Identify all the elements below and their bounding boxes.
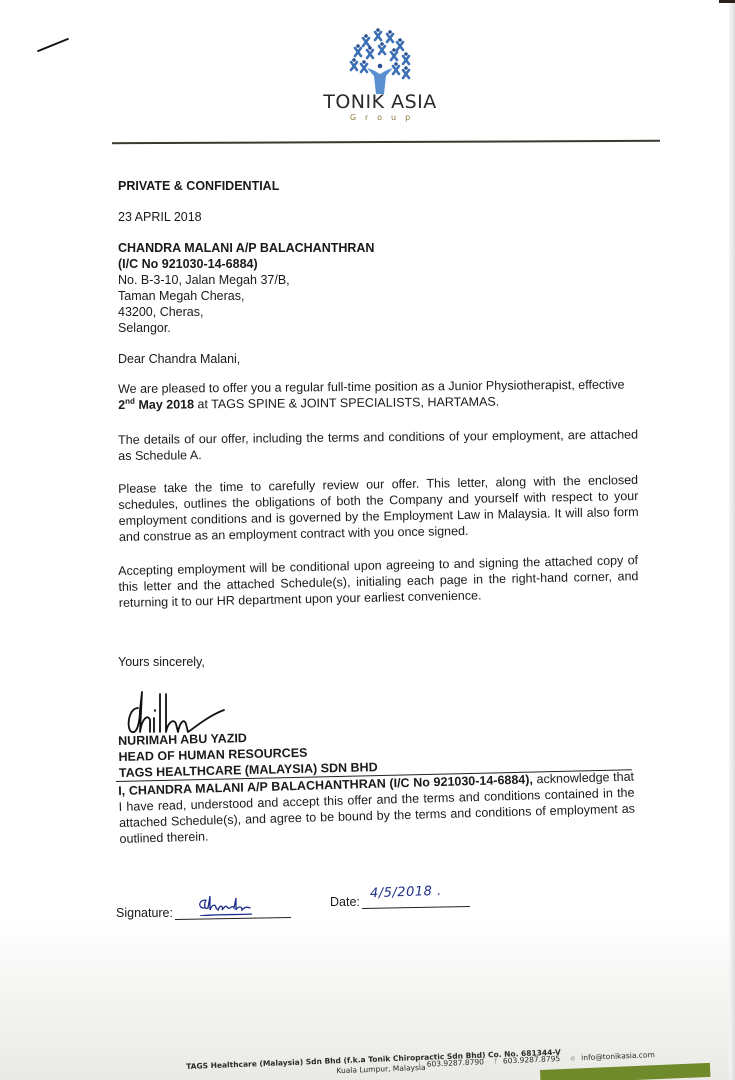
signature-row: Signature: Date: 4/5/2018 . xyxy=(116,888,496,928)
details-paragraph: The details of our offer, including the … xyxy=(118,427,638,464)
handwritten-date: 4/5/2018 . xyxy=(370,884,442,901)
paper-edge-shadow xyxy=(729,0,735,1080)
signature-line[interactable] xyxy=(175,917,291,920)
recipient-address-line: No. B-3-10, Jalan Megah 37/B, xyxy=(118,272,638,288)
recipient-address-line: Selangor. xyxy=(118,320,638,336)
confidential-label: PRIVATE & CONFIDENTIAL xyxy=(118,178,638,194)
closing: Yours sincerely, xyxy=(118,654,638,670)
letter-date: 23 APRIL 2018 xyxy=(118,209,638,225)
recipient-name: CHANDRA MALANI A/P BALACHANTHRAN xyxy=(118,240,638,256)
date-label: Date: xyxy=(330,895,360,909)
recipient-address-line: 43200, Cheras, xyxy=(118,304,638,320)
recipient-address-line: Taman Megah Cheras, xyxy=(118,288,638,304)
recipient-signature xyxy=(196,894,256,916)
offer-paragraph: We are pleased to offer you a regular fu… xyxy=(118,376,638,413)
review-paragraph: Please take the time to carefully review… xyxy=(118,472,639,545)
recipient-ic: (I/C No 921030-14-6884) xyxy=(118,256,638,272)
tree-of-people-icon xyxy=(343,28,417,94)
brand-name: TONIK ASIA xyxy=(310,92,450,112)
corner-mark xyxy=(719,0,735,3)
date-line[interactable] xyxy=(362,906,470,909)
offer-intro: We are pleased to offer you a regular fu… xyxy=(118,378,625,396)
offer-location: at TAGS SPINE & JOINT SPECIALISTS, HARTA… xyxy=(194,395,499,412)
signature-label: Signature: xyxy=(116,906,173,920)
salutation: Dear Chandra Malani, xyxy=(118,351,638,367)
effective-date: 2nd May 2018 xyxy=(118,397,194,412)
brand-subtitle: Group xyxy=(310,113,450,122)
letterhead-logo: TONIK ASIA Group xyxy=(310,28,450,122)
